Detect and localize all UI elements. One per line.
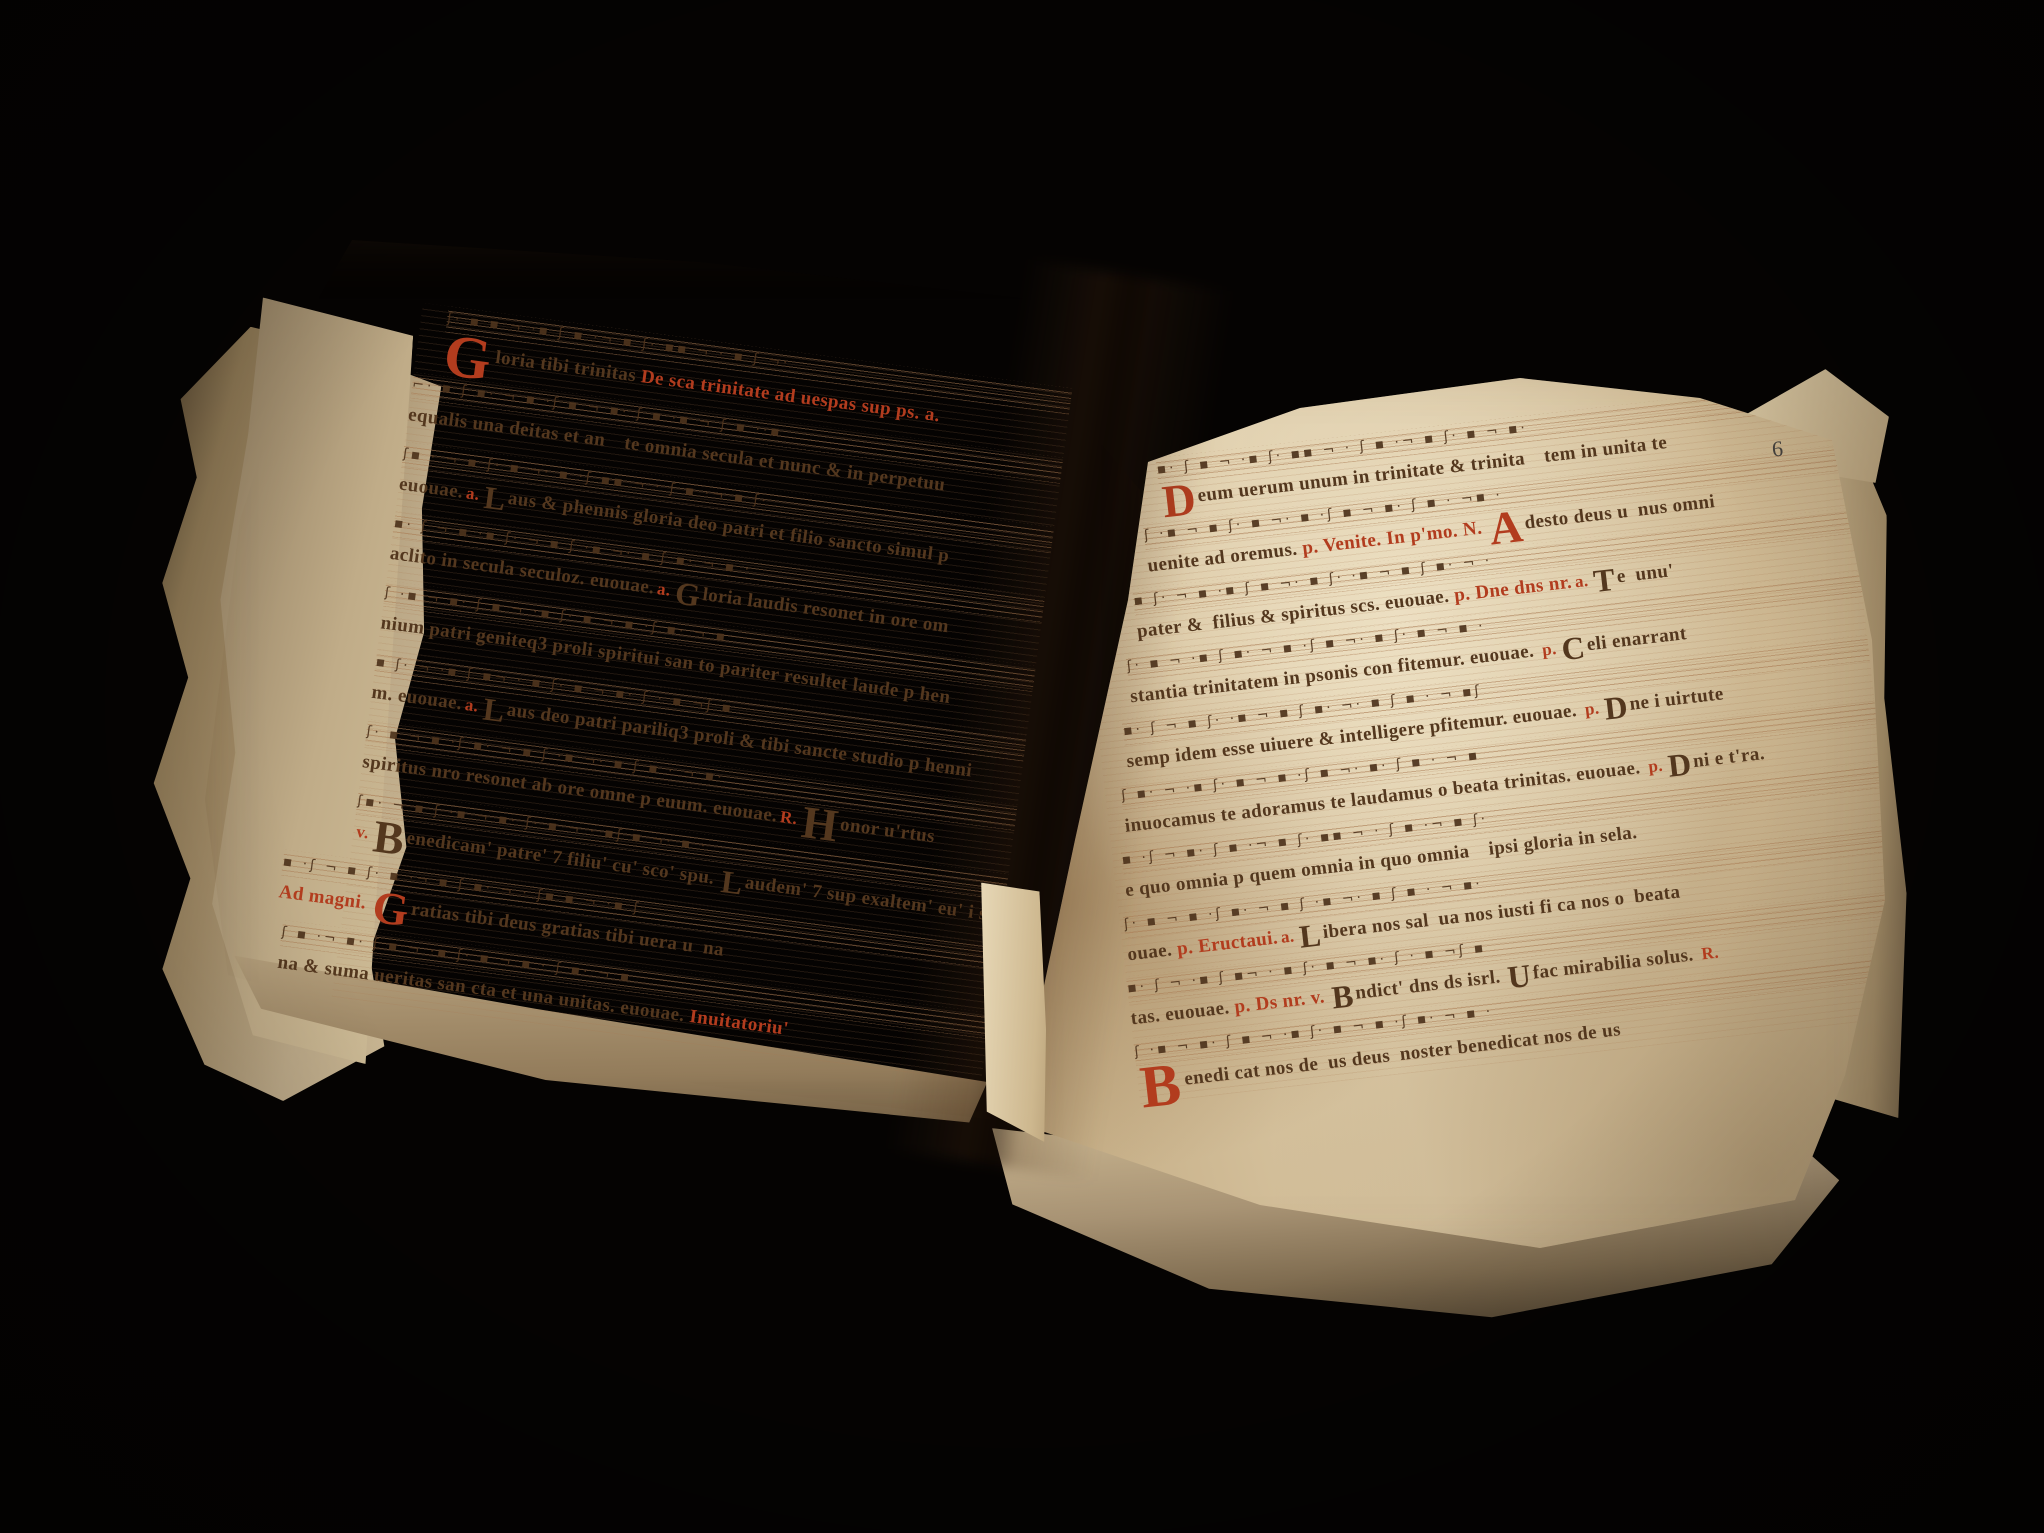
rubric-segment: a.: [461, 695, 483, 716]
rubric-segment: p. Ds nr. v.: [1233, 986, 1325, 1017]
rubric-segment: Ad magni.: [278, 881, 368, 913]
rubric-segment: Inuitatoriu': [688, 1006, 790, 1040]
initial-letter: L: [718, 869, 747, 896]
illuminated-initial: B: [1136, 1061, 1187, 1111]
rubric-segment: p. Venite.: [1301, 529, 1382, 559]
text-segment: ne i uirtute: [1628, 683, 1724, 715]
illuminated-initial: G: [369, 890, 413, 929]
initial-letter: C: [1558, 634, 1588, 661]
text-segment: ni e t'ra.: [1692, 743, 1766, 772]
rubric-segment: p. Eructaui.: [1176, 927, 1279, 959]
rubric-segment: p.: [1581, 698, 1604, 719]
initial-letter: D: [1601, 694, 1631, 721]
rubric-segment: In p'mo. N.: [1385, 518, 1483, 550]
text-segment: ouae.: [1126, 939, 1173, 965]
text-segment: e unu': [1616, 560, 1675, 587]
initial-letter: G: [672, 580, 704, 608]
rubric-segment: a.: [1571, 571, 1593, 592]
initial-letter: B: [369, 819, 408, 858]
initial-letter: L: [481, 485, 510, 512]
initial-letter: H: [798, 805, 842, 844]
rubric-segment: a.: [1277, 926, 1299, 947]
text-segment: euouae.: [398, 474, 465, 503]
photograph: ʃ· ▪ ▪ ¬ ·▪ ʃ ▪ ·¬ ▪ ʃ· ▪▪ ¬ · ▪ ʃ ¬· Gl…: [0, 0, 2044, 1533]
rubric-segment: p.: [1538, 639, 1561, 660]
text-segment: m. euouae.: [370, 682, 463, 715]
initial-letter: U: [1504, 963, 1534, 990]
illuminated-initial: D: [1159, 482, 1200, 521]
rubric-segment: R.: [1697, 942, 1722, 964]
initial-letter: T: [1590, 567, 1618, 594]
left-page-text-block: ʃ· ▪ ▪ ¬ ·▪ ʃ ▪ ·¬ ▪ ʃ· ▪▪ ¬ · ▪ ʃ ¬· Gl…: [332, 303, 1073, 1083]
initial-letter: B: [1329, 983, 1357, 1010]
text-segment: tas. euouae.: [1130, 997, 1231, 1029]
text-segment: eli enarrant: [1586, 623, 1688, 655]
initial-letter: L: [480, 696, 509, 723]
rubric-segment: p. Dne dns nr.: [1453, 572, 1573, 606]
initial-letter: D: [1665, 751, 1695, 778]
text-segment: onor u'rtus: [839, 814, 936, 847]
right-page-text-block: ▪· ʃ ▪ ¬ ·▪ ʃ· ▪▪ ¬ · ʃ ▪ ·¬ ▪ ʃ· ▪ ¬ ▪·…: [1068, 380, 1910, 1104]
rubric-segment: R.: [776, 807, 802, 829]
rubric-segment: p.: [1644, 755, 1667, 776]
folio-number: 6: [1771, 436, 1784, 463]
rubric-segment: a.: [462, 483, 484, 504]
initial-letter: L: [1296, 922, 1324, 949]
rubric-segment: a.: [653, 579, 675, 600]
illuminated-initial: A: [1486, 509, 1527, 548]
